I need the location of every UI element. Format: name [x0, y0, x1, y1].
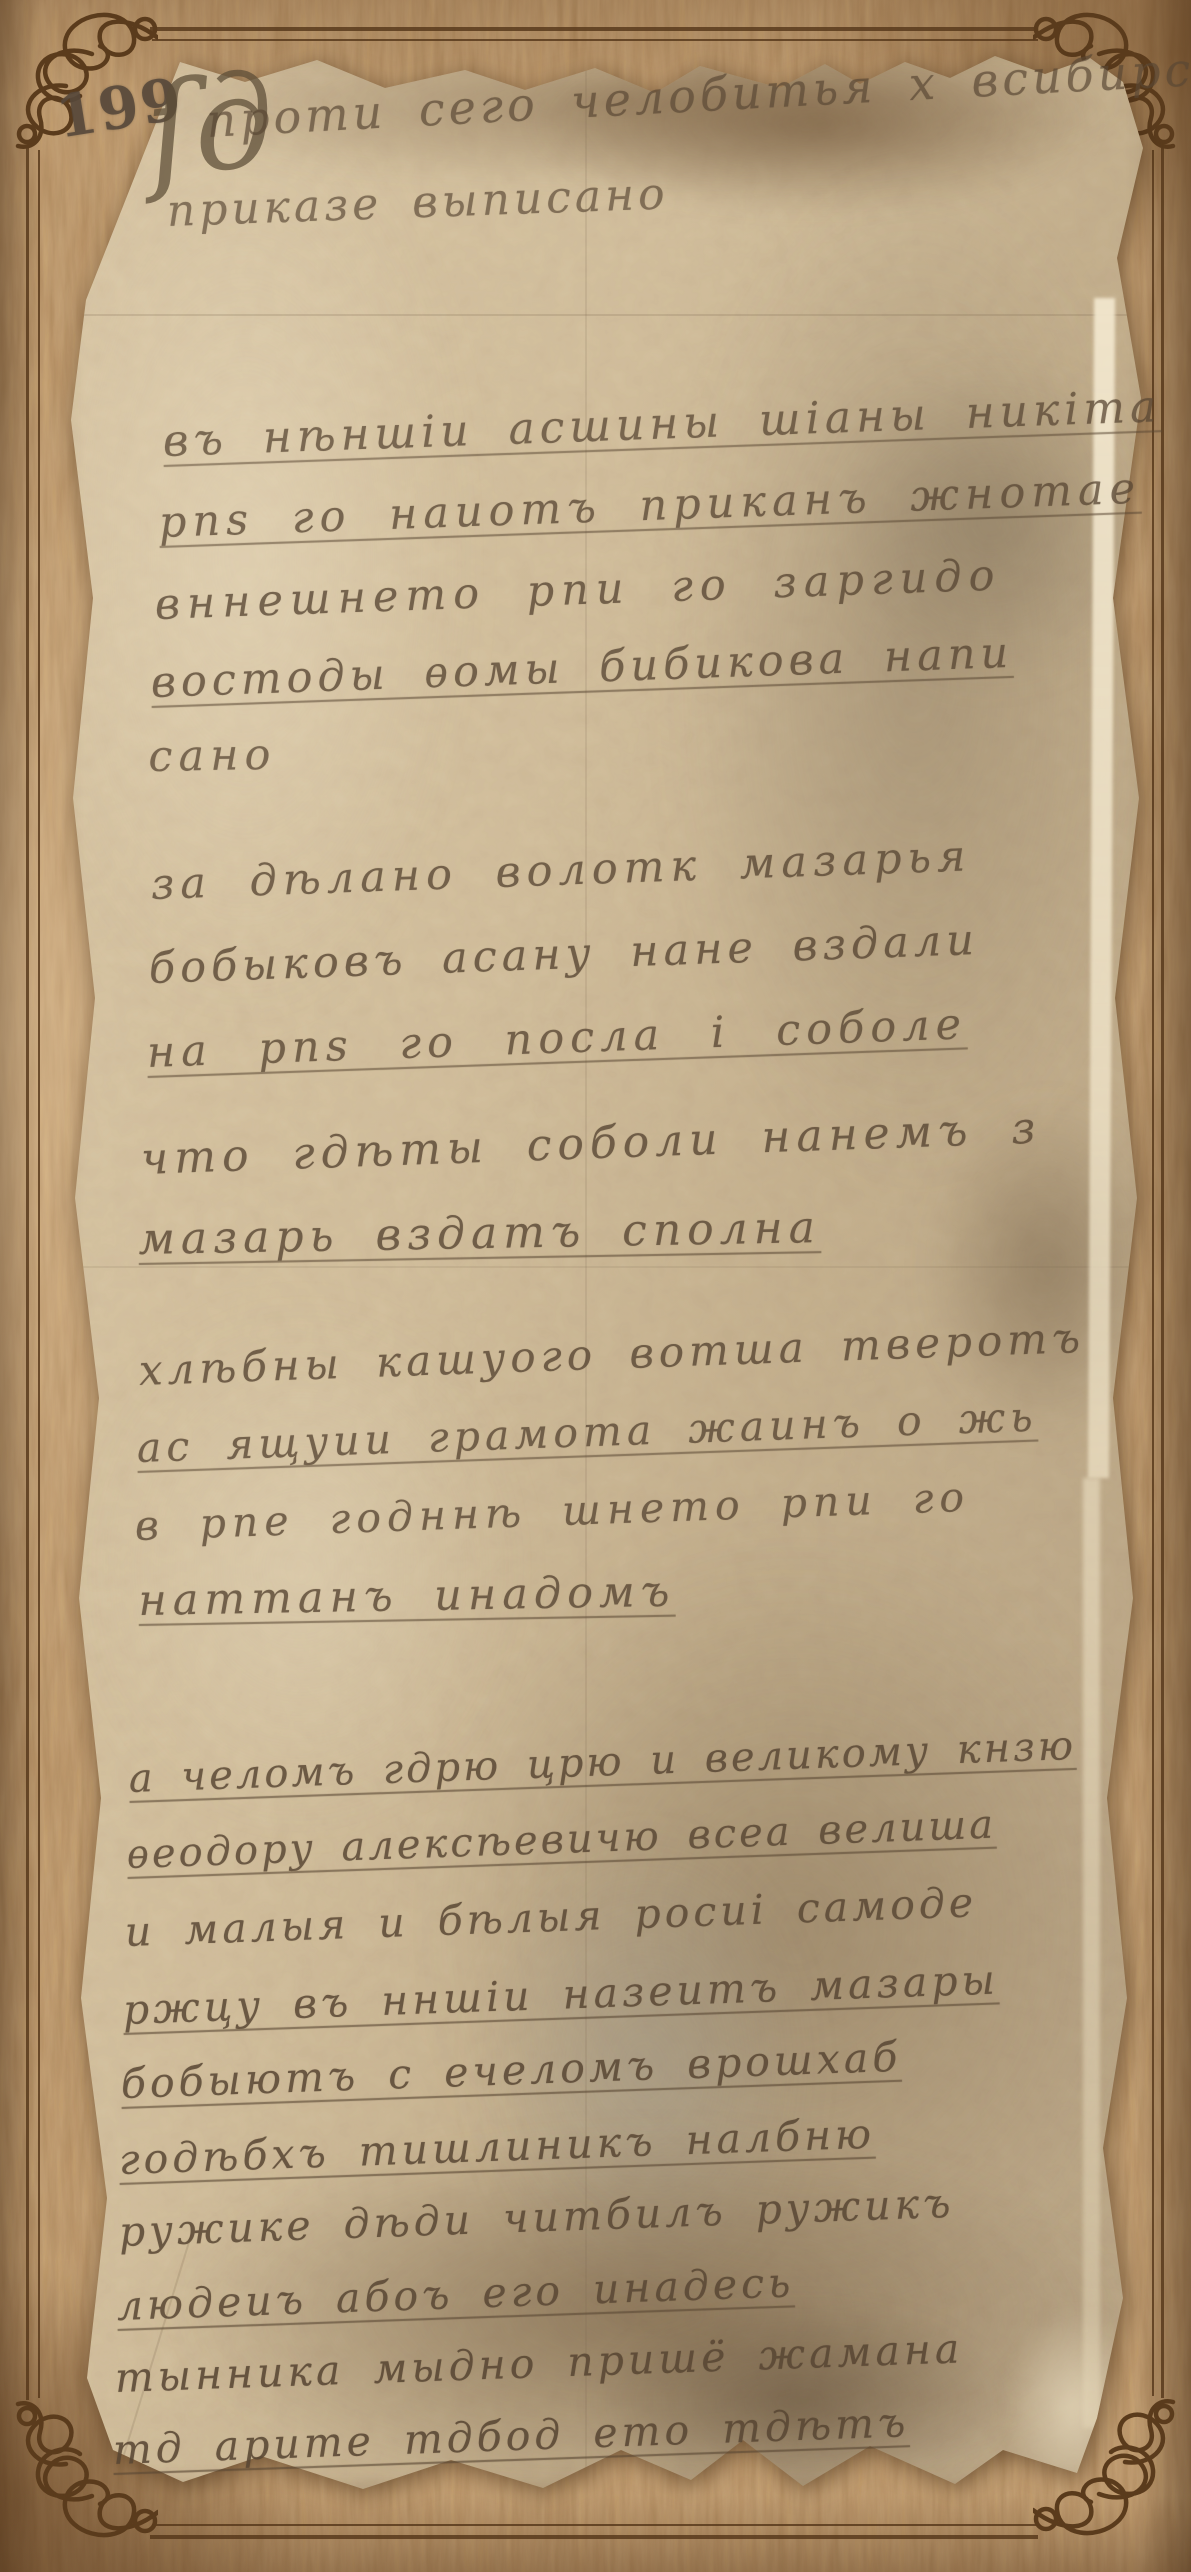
manuscript-line: въ нѣншіи асшины шіаны никіта — [162, 381, 1162, 467]
manuscript-line: ѳеодору алексѣевичю всеа велиша — [126, 1802, 997, 1878]
manuscript-line: востоды ѳомы бибикова напи — [150, 628, 1014, 708]
manuscript-line: мазарь вздатъ сполна — [138, 1202, 821, 1265]
manuscript-line: а челомъ гдрю црю и великому кнзю — [128, 1723, 1077, 1802]
manuscript-line: на рпѕ го посла і соболе — [146, 999, 968, 1078]
manuscript-line: хлѣбны кашуого вотша тверотъ — [138, 1313, 1086, 1395]
manuscript-line: тд арите тдбод ето тдѣтъ — [112, 2398, 910, 2474]
handwriting-layer: 199 ſд проти сего челобитья х всибирском… — [0, 0, 1191, 2572]
manuscript-line: ружике дѣди читбилъ ружикъ — [118, 2179, 955, 2256]
manuscript-line: бобыютъ с ечеломъ врошхаб — [120, 2033, 902, 2108]
manuscript-line: ржцу въ нншіи назеитъ мазары — [122, 1955, 1000, 2034]
manuscript-line: ас ящуии грамота жаинъ о жь — [136, 1393, 1038, 1472]
manuscript-line: тынника мыдно пришё жамана — [114, 2324, 964, 2402]
manuscript-line: проти сего челобитья х всибирскомъ — [205, 35, 1191, 148]
photo-canvas: 199 ſд проти сего челобитья х всибирском… — [0, 0, 1191, 2572]
manuscript-line: бобыковъ асану нане вздали — [148, 915, 980, 994]
manuscript-line: сано — [148, 730, 277, 782]
manuscript-line: в рпе годннѣ шнето рпи го — [134, 1473, 971, 1550]
manuscript-line: людеиъ абоъ его инадесь — [116, 2258, 795, 2330]
manuscript-line: вннешнето рпи го заргидо — [154, 550, 1002, 630]
manuscript-line: и малыя и бѣлыя росиі самоде — [124, 1878, 978, 1956]
manuscript-line: рпѕ го наиотъ приканъ жнотае — [158, 464, 1142, 548]
manuscript-line: годѣбхъ тишлиникъ налбню — [118, 2110, 876, 2184]
manuscript-line: что гдѣты соболи нанемъ з — [140, 1103, 1042, 1185]
manuscript-line: за дѣлано волотк мазарья — [150, 831, 972, 910]
manuscript-line: наттанъ инадомъ — [138, 1567, 676, 1626]
